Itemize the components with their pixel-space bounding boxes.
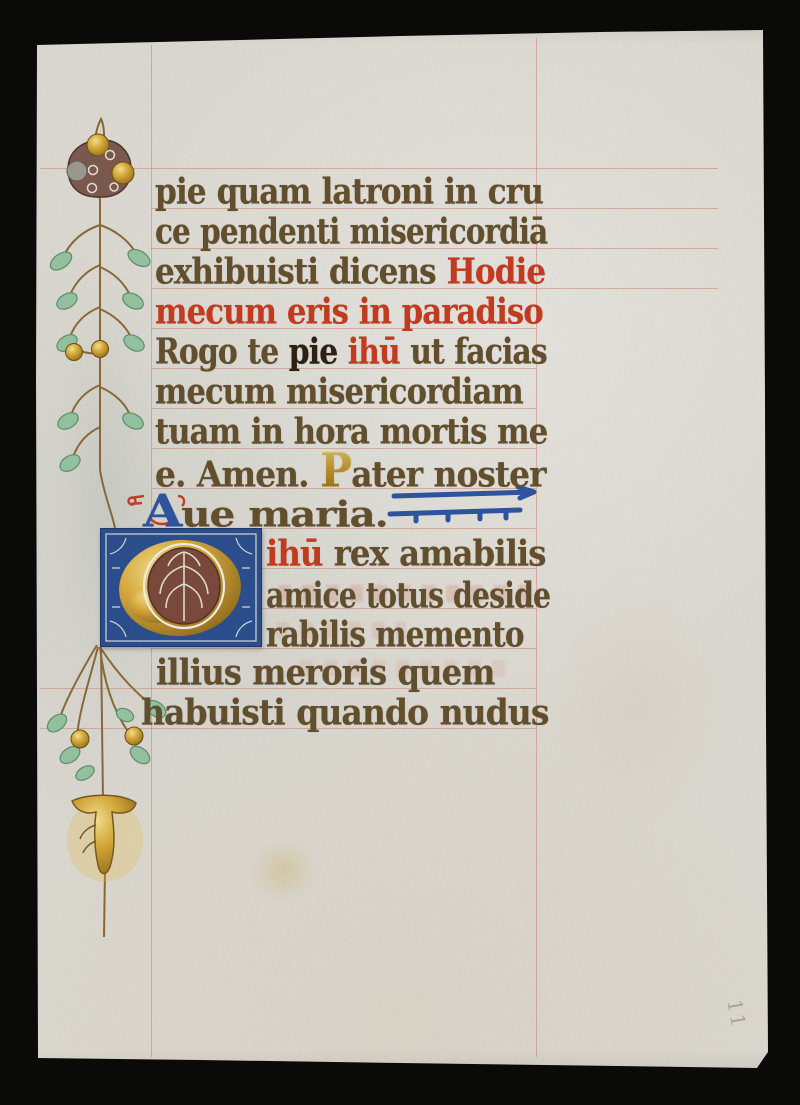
- manuscript-line: pie quam latroni in cru: [155, 170, 543, 213]
- text-segment-red: mecum eris in paradiso: [155, 290, 543, 332]
- text-segment-dark: pie: [289, 330, 338, 372]
- text-segment-brown: ut facias: [400, 330, 547, 372]
- manuscript-line: ce pendenti misericordiā: [155, 210, 547, 253]
- manuscript-leaf: pie quam latroni in cruce pendenti miser…: [0, 0, 800, 1105]
- manuscript-line: exhibuisti dicens Hodie: [155, 250, 545, 293]
- manuscript-line: illius meroris quem: [156, 651, 494, 694]
- text-segment-bluecap: A: [143, 485, 181, 538]
- manuscript-line: ihū rex amabilis: [266, 532, 546, 575]
- text-segment-brown: exhibuisti dicens: [155, 250, 446, 292]
- collector-pencil-mark: 11: [722, 997, 751, 1030]
- text-segment-brown: Rogo te: [155, 330, 289, 372]
- text-segment-brown: rex amabilis: [334, 532, 546, 574]
- text-segment-brown: illius meroris quem: [156, 651, 494, 693]
- text-segment-brown: [337, 330, 347, 372]
- text-segment-brown: ce pendenti misericordiā: [155, 210, 547, 252]
- text-segment-red: Hodie: [446, 250, 545, 292]
- manuscript-line: amice totus deside: [266, 574, 550, 617]
- text-segment-red: ihū: [266, 532, 334, 574]
- manuscript-line: Aue maria.: [143, 490, 387, 536]
- manuscript-line: mecum misericordiam: [155, 370, 523, 413]
- text-segment-brown: amice totus deside: [266, 574, 550, 616]
- text-segment-red: ihū: [348, 330, 400, 372]
- manuscript-line: mecum eris in paradiso: [155, 290, 543, 333]
- text-segment-brown: habuisti quando nudus: [141, 691, 548, 733]
- text-segment-brown: mecum misericordiam: [155, 370, 523, 412]
- text-segment-brown: pie quam latroni in cru: [155, 170, 543, 212]
- text-segment-brown: ue maria.: [181, 493, 387, 535]
- text-segment-brown: rabilis memento: [266, 613, 524, 655]
- manuscript-line: Rogo te pie ihū ut facias: [155, 330, 547, 373]
- manuscript-line: rabilis memento: [266, 613, 524, 656]
- text-block: pie quam latroni in cruce pendenti miser…: [0, 0, 800, 1105]
- manuscript-line: habuisti quando nudus: [141, 691, 548, 734]
